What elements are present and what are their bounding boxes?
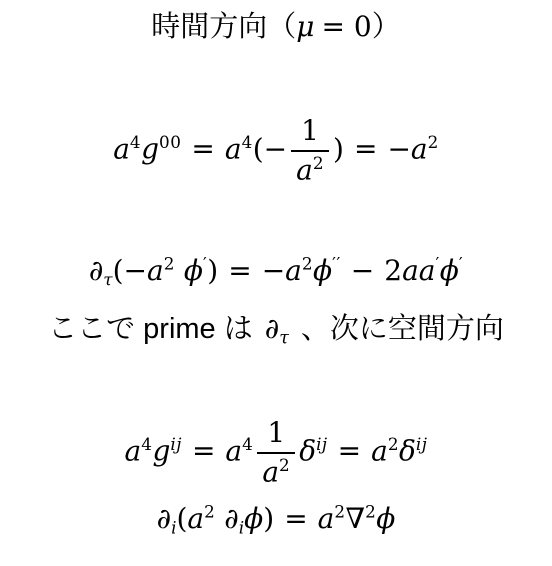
nabla-symbol: ∇ <box>346 502 366 535</box>
note-line: ここで prime は∂τ、次に空間方向 <box>0 310 552 351</box>
subscript-tau: τ <box>103 269 112 289</box>
superscript-ij: ij <box>170 434 182 454</box>
title-jp-open: 時間方向（ <box>151 11 296 43</box>
double-prime-mark: ′′ <box>332 254 341 274</box>
var-g: g <box>141 132 159 165</box>
equation-spatial-laplacian: ∂i(a2∂iϕ)=a2∇2ϕ <box>0 500 552 539</box>
close-paren: ) <box>207 254 218 287</box>
fraction-one-over-a-squared: 1a2 <box>257 417 295 489</box>
partial-derivative-symbol: ∂ <box>224 502 238 535</box>
superscript-4: 4 <box>242 132 253 152</box>
open-paren: ( <box>176 502 187 535</box>
open-paren-minus: (− <box>113 254 147 287</box>
superscript-2: 2 <box>164 254 175 274</box>
note-text-post: 、次に空間方向 <box>301 313 504 345</box>
var-a: a <box>318 502 335 535</box>
close-paren: ) <box>333 132 344 165</box>
superscript-4: 4 <box>141 434 152 454</box>
superscript-4: 4 <box>242 434 253 454</box>
close-paren: ) <box>263 502 274 535</box>
superscript-00: 00 <box>159 132 181 152</box>
var-a: a <box>225 132 242 165</box>
var-a: a <box>262 456 279 489</box>
fraction-numerator: 1 <box>291 115 329 150</box>
fraction-denominator: a2 <box>291 150 329 187</box>
equals-sign: = <box>191 132 214 165</box>
var-a: a <box>285 254 302 287</box>
equals-sign: = <box>228 254 251 287</box>
equals-sign: = <box>284 502 307 535</box>
var-a: a <box>113 132 130 165</box>
var-a: a <box>225 434 242 467</box>
var-a: a <box>296 154 313 187</box>
slide-canvas: 時間方向（μ= 0） a4g00=a4(−1a2)=−a2 ∂τ(−a2ϕ′)=… <box>0 0 552 566</box>
superscript-2: 2 <box>428 132 439 152</box>
superscript-2: 2 <box>279 455 290 475</box>
var-phi: ϕ <box>244 502 263 535</box>
minus-sign: − <box>351 254 374 287</box>
slide-title: 時間方向（μ= 0） <box>0 8 552 47</box>
equals-sign: = <box>192 434 215 467</box>
var-a: a <box>402 254 419 287</box>
superscript-ij: ij <box>416 434 428 454</box>
var-phi: ϕ <box>440 254 459 287</box>
fraction-one-over-a-squared: 1a2 <box>291 115 329 187</box>
var-delta: δ <box>399 434 416 467</box>
equals-sign: = <box>338 434 361 467</box>
var-a: a <box>147 254 164 287</box>
partial-derivative-symbol: ∂ <box>89 254 103 287</box>
equation-time-derivative: ∂τ(−a2ϕ′)=−a2ϕ′′−2aa′ϕ′ <box>0 252 552 291</box>
superscript-2: 2 <box>365 502 376 522</box>
equation-metric-00: a4g00=a4(−1a2)=−a2 <box>0 115 552 187</box>
var-g: g <box>152 434 170 467</box>
superscript-2: 2 <box>388 434 399 454</box>
var-a: a <box>411 132 428 165</box>
var-a: a <box>125 434 142 467</box>
var-phi: ϕ <box>376 502 395 535</box>
partial-derivative-symbol: ∂ <box>157 502 171 535</box>
equals-sign: = <box>354 132 377 165</box>
var-a: a <box>187 502 204 535</box>
note-text-pre: ここで prime は <box>48 313 253 345</box>
subscript-tau: τ <box>279 329 289 349</box>
var-a: a <box>419 254 436 287</box>
open-paren-minus: (− <box>253 132 287 165</box>
superscript-2: 2 <box>313 153 324 173</box>
var-phi: ϕ <box>184 254 203 287</box>
superscript-2: 2 <box>334 502 345 522</box>
superscript-ij: ij <box>316 434 328 454</box>
superscript-4: 4 <box>130 132 141 152</box>
var-phi: ϕ <box>313 254 332 287</box>
fraction-denominator: a2 <box>257 452 295 489</box>
var-a: a <box>371 434 388 467</box>
title-mu-symbol: μ <box>296 10 314 43</box>
minus-sign: − <box>387 132 410 165</box>
partial-derivative-symbol: ∂ <box>265 312 279 345</box>
var-delta: δ <box>299 434 316 467</box>
equation-metric-ij: a4gij=a41a2δij=a2δij <box>0 417 552 489</box>
fraction-numerator: 1 <box>257 417 295 452</box>
minus-sign: − <box>262 254 285 287</box>
prime-mark: ′ <box>459 254 463 274</box>
superscript-2: 2 <box>204 502 215 522</box>
title-mu-value: = 0 <box>322 10 372 43</box>
superscript-2: 2 <box>302 254 313 274</box>
coefficient-2: 2 <box>384 254 402 287</box>
title-jp-close: ） <box>372 11 401 43</box>
